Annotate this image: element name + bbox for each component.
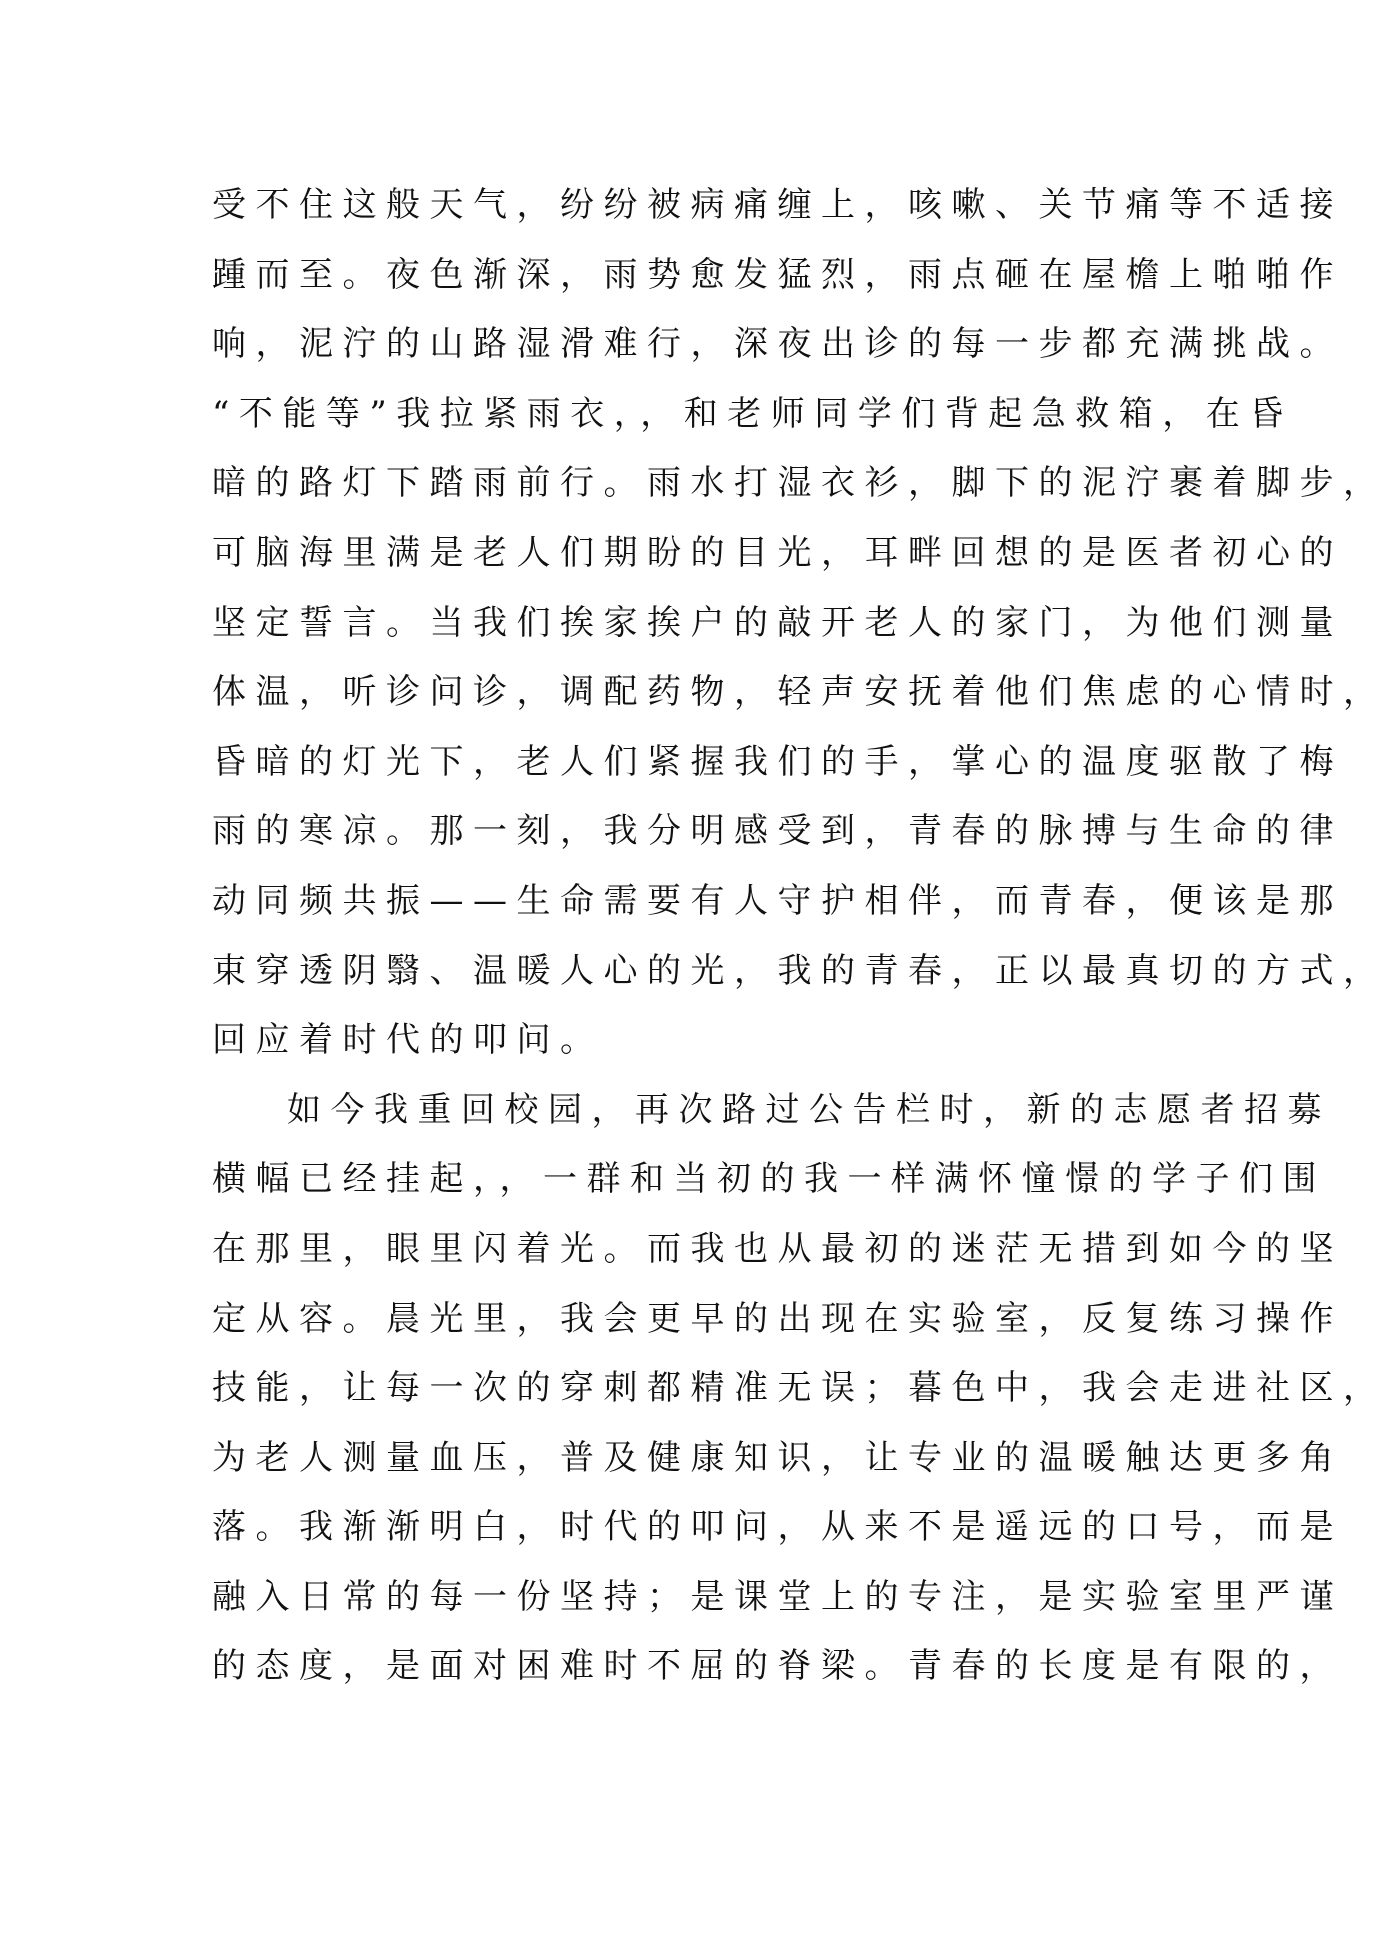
document-body: 受不住这般天气，纷纷被病痛缠上，咳嗽、关节痛等不适接 踵而至。夜色渐深，雨势愈发… [212, 171, 1174, 1702]
text-line: 技能，让每一次的穿刺都精准无误；暮色中，我会走进社区， [212, 1354, 1174, 1424]
text-line: 横幅已经挂起，，一群和当初的我一样满怀憧憬的学子们围 [212, 1145, 1174, 1215]
text-line: 的态度，是面对困难时不屈的脊梁。青春的长度是有限的， [212, 1632, 1174, 1702]
text-line: 回应着时代的叩问。 [212, 1006, 1174, 1076]
text-line: 动同频共振——生命需要有人守护相伴，而青春，便该是那 [212, 867, 1174, 937]
text-line: 昏暗的灯光下，老人们紧握我们的手，掌心的温度驱散了梅 [212, 728, 1174, 798]
document-page: 受不住这般天气，纷纷被病痛缠上，咳嗽、关节痛等不适接 踵而至。夜色渐深，雨势愈发… [0, 0, 1382, 1956]
text-line: 坚定誓言。当我们挨家挨户的敲开老人的家门，为他们测量 [212, 589, 1174, 659]
text-line: 响，泥泞的山路湿滑难行，深夜出诊的每一步都充满挑战。 [212, 310, 1174, 380]
paragraph-2: 如今我重回校园，再次路过公告栏时，新的志愿者招募 横幅已经挂起，，一群和当初的我… [212, 1076, 1174, 1702]
text-line: 为老人测量血压，普及健康知识，让专业的温暖触达更多角 [212, 1424, 1174, 1494]
text-line: 落。我渐渐明白，时代的叩问，从来不是遥远的口号，而是 [212, 1493, 1174, 1563]
text-line: 束穿透阴翳、温暖人心的光，我的青春，正以最真切的方式， [212, 937, 1174, 1007]
paragraph-1: 受不住这般天气，纷纷被病痛缠上，咳嗽、关节痛等不适接 踵而至。夜色渐深，雨势愈发… [212, 171, 1174, 1076]
text-line: 踵而至。夜色渐深，雨势愈发猛烈，雨点砸在屋檐上啪啪作 [212, 241, 1174, 311]
text-line: 定从容。晨光里，我会更早的出现在实验室，反复练习操作 [212, 1285, 1174, 1355]
text-line: 可脑海里满是老人们期盼的目光，耳畔回想的是医者初心的 [212, 519, 1174, 589]
text-line: 暗的路灯下踏雨前行。雨水打湿衣衫，脚下的泥泞裹着脚步， [212, 449, 1174, 519]
text-line: 融入日常的每一份坚持；是课堂上的专注，是实验室里严谨 [212, 1563, 1174, 1633]
text-line: 体温，听诊问诊，调配药物，轻声安抚着他们焦虑的心情时， [212, 658, 1174, 728]
text-line: 雨的寒凉。那一刻，我分明感受到，青春的脉搏与生命的律 [212, 797, 1174, 867]
text-line: 受不住这般天气，纷纷被病痛缠上，咳嗽、关节痛等不适接 [212, 171, 1174, 241]
text-line: 在那里，眼里闪着光。而我也从最初的迷茫无措到如今的坚 [212, 1215, 1174, 1285]
text-line-indented: 如今我重回校园，再次路过公告栏时，新的志愿者招募 [212, 1076, 1174, 1146]
text-line: “不能等”我拉紧雨衣，，和老师同学们背起急救箱，在昏 [212, 380, 1174, 450]
